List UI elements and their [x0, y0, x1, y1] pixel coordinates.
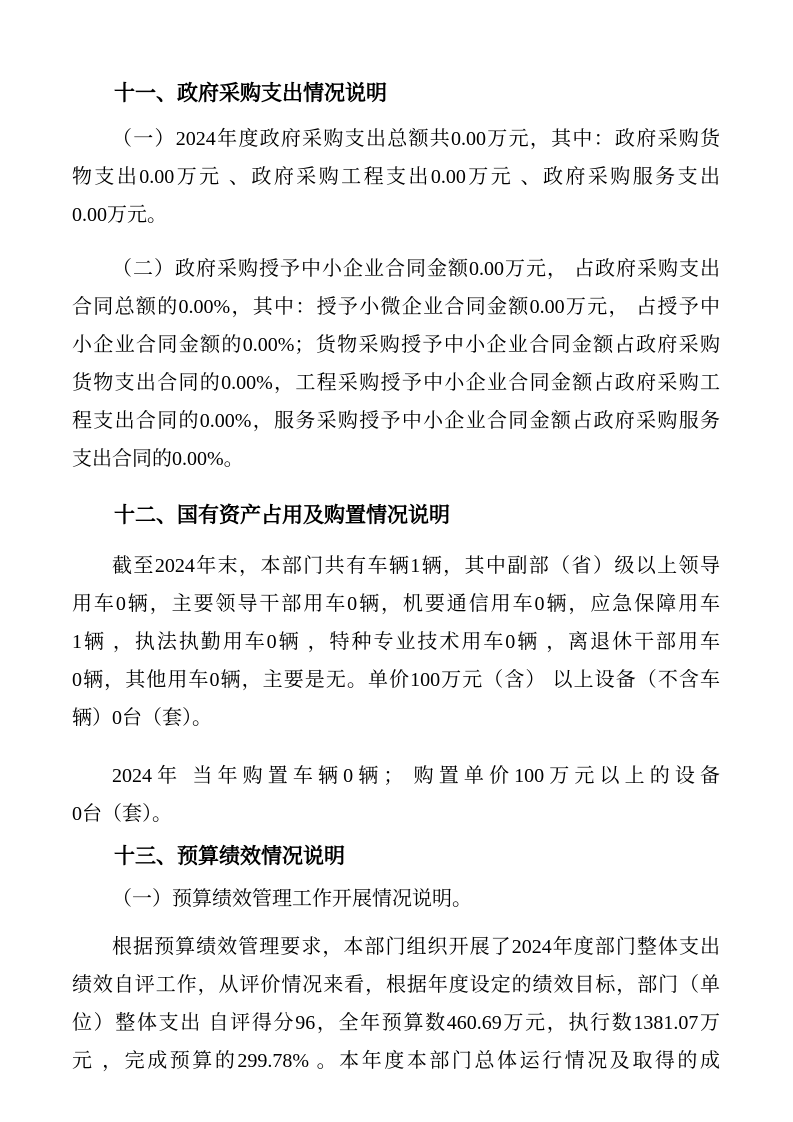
document-body: 十一、政府采购支出情况说明（一）2024年度政府采购支出总额共0.00万元，其中… [72, 75, 720, 1080]
paragraph: 2024年 当年购置车辆0辆； 购置单价100万元以上的设备0台（套）。 [72, 757, 720, 833]
text-line: 用车0辆，主要领导干部用车0辆，机要通信用车0辆，应急保障用车 [72, 585, 720, 623]
section-heading: 十三、预算绩效情况说明 [72, 838, 720, 876]
text-line: 位）整体支出 自评得分96，全年预算数460.69万元，执行数1381.07万 [72, 1004, 720, 1042]
text-line: 程支出合同的0.00%，服务采购授予中小企业合同金额占政府采购服务 [72, 402, 720, 440]
text-line: 物支出0.00万元 、政府采购工程支出0.00万元 、政府采购服务支出 [72, 158, 720, 196]
text-line: 货物支出合同的0.00%，工程采购授予中小企业合同金额占政府采购工 [72, 364, 720, 402]
text-line: 小企业合同金额的0.00%；货物采购授予中小企业合同金额占政府采购 [72, 326, 720, 364]
text-line: 0台（套）。 [72, 795, 720, 833]
paragraph: （一）预算绩效管理工作开展情况说明。 [72, 880, 720, 918]
paragraph: （一）2024年度政府采购支出总额共0.00万元，其中：政府采购货物支出0.00… [72, 120, 720, 234]
paragraph: 根据预算绩效管理要求，本部门组织开展了2024年度部门整体支出绩效自评工作，从评… [72, 928, 720, 1080]
paragraph: （二）政府采购授予中小企业合同金额0.00万元， 占政府采购支出合同总额的0.0… [72, 250, 720, 478]
text-line: （一）预算绩效管理工作开展情况说明。 [72, 880, 720, 918]
text-line: 根据预算绩效管理要求，本部门组织开展了2024年度部门整体支出 [72, 928, 720, 966]
section-heading: 十二、国有资产占用及购置情况说明 [72, 497, 720, 535]
text-line: 0辆，其他用车0辆，主要是无。单价100万元（含） 以上设备（不含车 [72, 661, 720, 699]
text-line: 绩效自评工作，从评价情况来看，根据年度设定的绩效目标，部门（单 [72, 966, 720, 1004]
text-line: 1辆 ，执法执勤用车0辆 ，特种专业技术用车0辆 ，离退休干部用车 [72, 623, 720, 661]
text-line: 辆）0台（套）。 [72, 699, 720, 737]
text-line: 支出合同的0.00%。 [72, 440, 720, 478]
text-line: （一）2024年度政府采购支出总额共0.00万元，其中：政府采购货 [72, 120, 720, 158]
paragraph: 截至2024年末，本部门共有车辆1辆，其中副部（省）级以上领导用车0辆，主要领导… [72, 547, 720, 737]
text-line: 截至2024年末，本部门共有车辆1辆，其中副部（省）级以上领导 [72, 547, 720, 585]
section-heading: 十一、政府采购支出情况说明 [72, 75, 720, 113]
text-line: 2024年 当年购置车辆0辆； 购置单价100万元以上的设备 [72, 757, 720, 795]
text-line: 合同总额的0.00%，其中：授予小微企业合同金额0.00万元， 占授予中 [72, 288, 720, 326]
text-line: （二）政府采购授予中小企业合同金额0.00万元， 占政府采购支出 [72, 250, 720, 288]
document-page: 十一、政府采购支出情况说明（一）2024年度政府采购支出总额共0.00万元，其中… [0, 0, 793, 1122]
text-line: 元 ，完成预算的299.78% 。本年度本部门总体运行情况及取得的成 [72, 1042, 720, 1080]
text-line: 0.00万元。 [72, 196, 720, 234]
